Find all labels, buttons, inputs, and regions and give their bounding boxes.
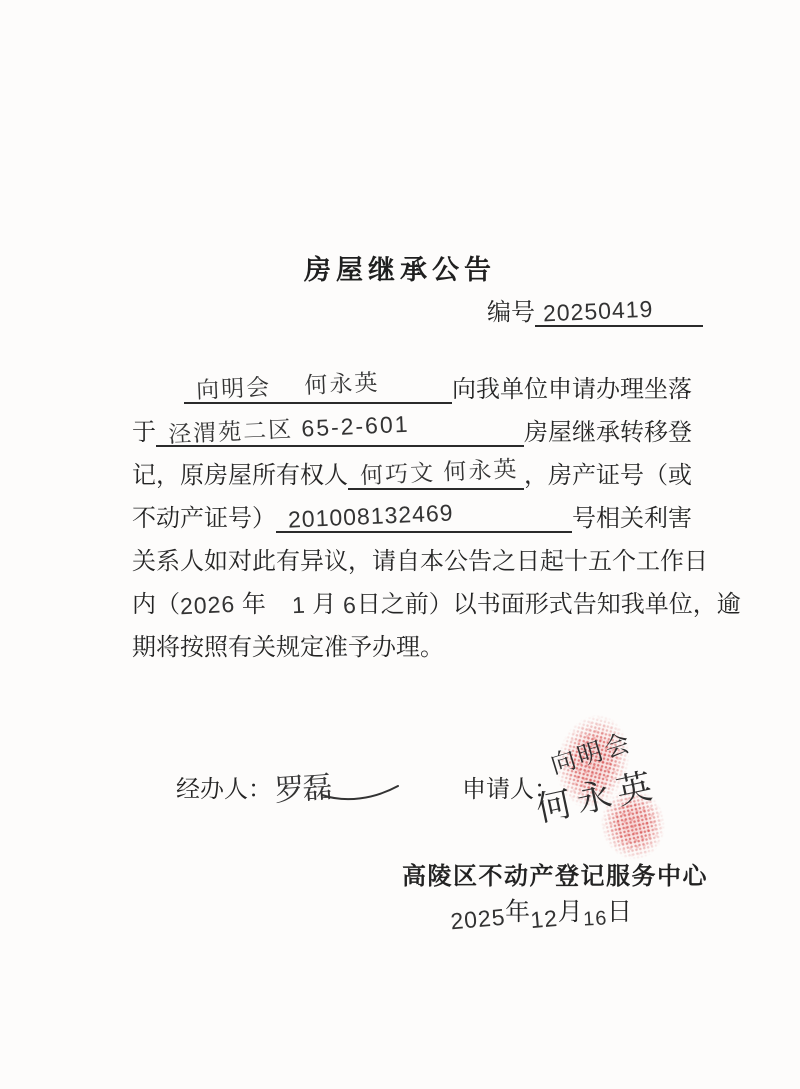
date-day-label: 日 [607,892,632,928]
body-line-6: 内（ 2026 年 1 月 6 日之前）以书面形式告知我单位，逾 [132,585,692,619]
owners-field: 何巧文 何永英 [348,453,524,490]
document-title: 房屋继承公告 [0,248,800,287]
body-text: 年 [235,584,266,619]
date-day-handwritten: 16 [582,907,607,931]
body-text: 房屋继承转移登 [524,412,692,447]
applicants-field: 向明会 何永英 [184,367,452,404]
serial-field: 20250419 [535,291,703,327]
date-year-handwritten: 2025 [449,904,506,936]
certificate-number-handwritten: 201008132469 [287,499,454,533]
certificate-number-field: 201008132469 [276,496,572,533]
body-line-4: 不动产证号） 201008132469 号相关利害 [132,499,692,533]
body-text: 于 [132,412,156,447]
body-text: 记，原房屋所有权人 [132,455,348,490]
handler-signature-handwritten: 罗磊 [273,762,332,810]
handler-label: 经办人： [176,769,272,804]
serial-value-handwritten: 20250419 [542,296,653,328]
body-line-7: 期将按照有关规定准予办理。 [132,628,692,662]
body-text: 月 [306,584,343,619]
body-line-2: 于 泾渭苑二区 65-2-601 房屋继承转移登 [132,413,692,447]
serial-label: 编号 [487,292,535,327]
deadline-month-handwritten: 1 [291,592,306,620]
scanned-notice-page: 房屋继承公告 编号 20250419 向明会 何永英 向我单位申请办理坐落 于 … [0,0,800,1089]
deadline-year-handwritten: 2026 [179,591,235,620]
date-month-handwritten: 12 [529,905,559,934]
body-text: 关系人如对此有异议，请自本公告之日起十五个工作日 [132,541,708,576]
body-text: 号相关利害 [572,498,692,533]
handler-signature-row: 经办人： 罗磊 [176,770,400,804]
organization-name: 高陵区不动产登记服务中心 [402,856,708,891]
applicant-signature-block: 向明会 何永英 [535,712,695,862]
address-field: 泾渭苑二区 65-2-601 [156,410,524,447]
body-line-1: 向明会 何永英 向我单位申请办理坐落 [132,370,692,404]
signature-flourish-stroke [320,782,400,802]
body-text: 内（ [132,584,180,619]
body-text: 日之前）以书面形式告知我单位，逾 [357,584,741,619]
body-text: 不动产证号） [132,498,276,533]
date-row: 2025 年 12 月 16 日 [450,890,632,928]
deadline-day-handwritten: 6 [342,592,357,620]
date-month-label: 月 [558,892,583,928]
serial-number-row: 编号 20250419 [487,293,703,327]
body-line-3: 记，原房屋所有权人 何巧文 何永英 ，房产证号（或 [132,456,692,490]
body-text: 期将按照有关规定准予办理。 [132,627,444,662]
owners-handwritten: 何巧文 何永英 [359,451,519,491]
body-line-5: 关系人如对此有异议，请自本公告之日起十五个工作日 [132,542,692,576]
body-text: ，房产证号（或 [524,455,692,490]
address-handwritten: 泾渭苑二区 65-2-601 [167,406,410,450]
body-text: 向我单位申请办理坐落 [452,369,692,404]
applicants-handwritten: 向明会 何永英 [195,364,380,405]
date-year-label: 年 [505,892,530,928]
